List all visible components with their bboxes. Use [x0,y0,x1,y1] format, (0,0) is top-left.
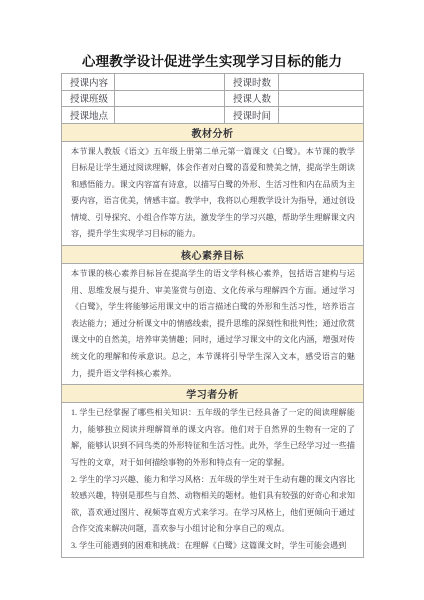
page-title: 心理教学设计促进学生实现学习目标的能力 [0,53,424,71]
info-value-student-count [279,90,364,107]
info-label-time: 授课时间 [225,107,279,124]
paragraph: 3. 学生可能遇到的困难和挑战：在理解《白鹭》这篇课文时，学生可能会遇到 [71,538,355,555]
info-value-time [279,107,364,124]
info-value-class [115,90,225,107]
paragraph: 本节课的核心素养目标旨在提高学生的语文学科核心素养，包括语言建构与运用、思维发展… [71,266,355,382]
info-row: 授课内容 授课时数 [62,74,364,91]
paragraph: 2. 学生的学习兴趣、能力和学习风格：五年级的学生对于生动有趣的课文内容比较感兴… [71,472,355,538]
section-header-core-competency-goals: 核心素养目标 [62,246,364,264]
info-row: 授课班级 授课人数 [62,90,364,107]
paragraph: 本节课人教版《语文》五年级上册第二单元第一篇课文《白鹭》。本节课的教学目标是让学… [71,144,355,244]
document-table: 授课内容 授课时数 授课班级 授课人数 授课地点 授课时间 教材分析 本节课人教… [61,73,364,558]
section-body-row: 1. 学生已经掌握了哪些相关知识：五年级的学生已经具备了一定的阅读理解能力，能够… [62,403,364,557]
info-value-lesson-content [115,74,225,91]
section-body-material-analysis: 本节课人教版《语文》五年级上册第二单元第一篇课文《白鹭》。本节课的教学目标是让学… [62,141,364,246]
info-value-lesson-hours [279,74,364,91]
section-header-material-analysis: 教材分析 [62,123,364,141]
section-header-row: 学习者分析 [62,385,364,403]
document-page: 心理教学设计促进学生实现学习目标的能力 授课内容 授课时数 授课班级 授课人数 … [0,0,424,600]
info-label-student-count: 授课人数 [225,90,279,107]
section-body-core-competency-goals: 本节课的核心素养目标旨在提高学生的语文学科核心素养，包括语言建构与运用、思维发展… [62,264,364,385]
info-value-location [115,107,225,124]
section-header-row: 教材分析 [62,123,364,141]
info-label-lesson-hours: 授课时数 [225,74,279,91]
section-header-row: 核心素养目标 [62,246,364,264]
section-body-row: 本节课的核心素养目标旨在提高学生的语文学科核心素养，包括语言建构与运用、思维发展… [62,264,364,385]
section-body-row: 本节课人教版《语文》五年级上册第二单元第一篇课文《白鹭》。本节课的教学目标是让学… [62,141,364,246]
info-row: 授课地点 授课时间 [62,107,364,124]
info-label-lesson-content: 授课内容 [62,74,115,91]
section-header-learner-analysis: 学习者分析 [62,385,364,403]
info-label-location: 授课地点 [62,107,115,124]
info-label-class: 授课班级 [62,90,115,107]
section-body-learner-analysis: 1. 学生已经掌握了哪些相关知识：五年级的学生已经具备了一定的阅读理解能力，能够… [62,403,364,557]
paragraph: 1. 学生已经掌握了哪些相关知识：五年级的学生已经具备了一定的阅读理解能力，能够… [71,405,355,471]
